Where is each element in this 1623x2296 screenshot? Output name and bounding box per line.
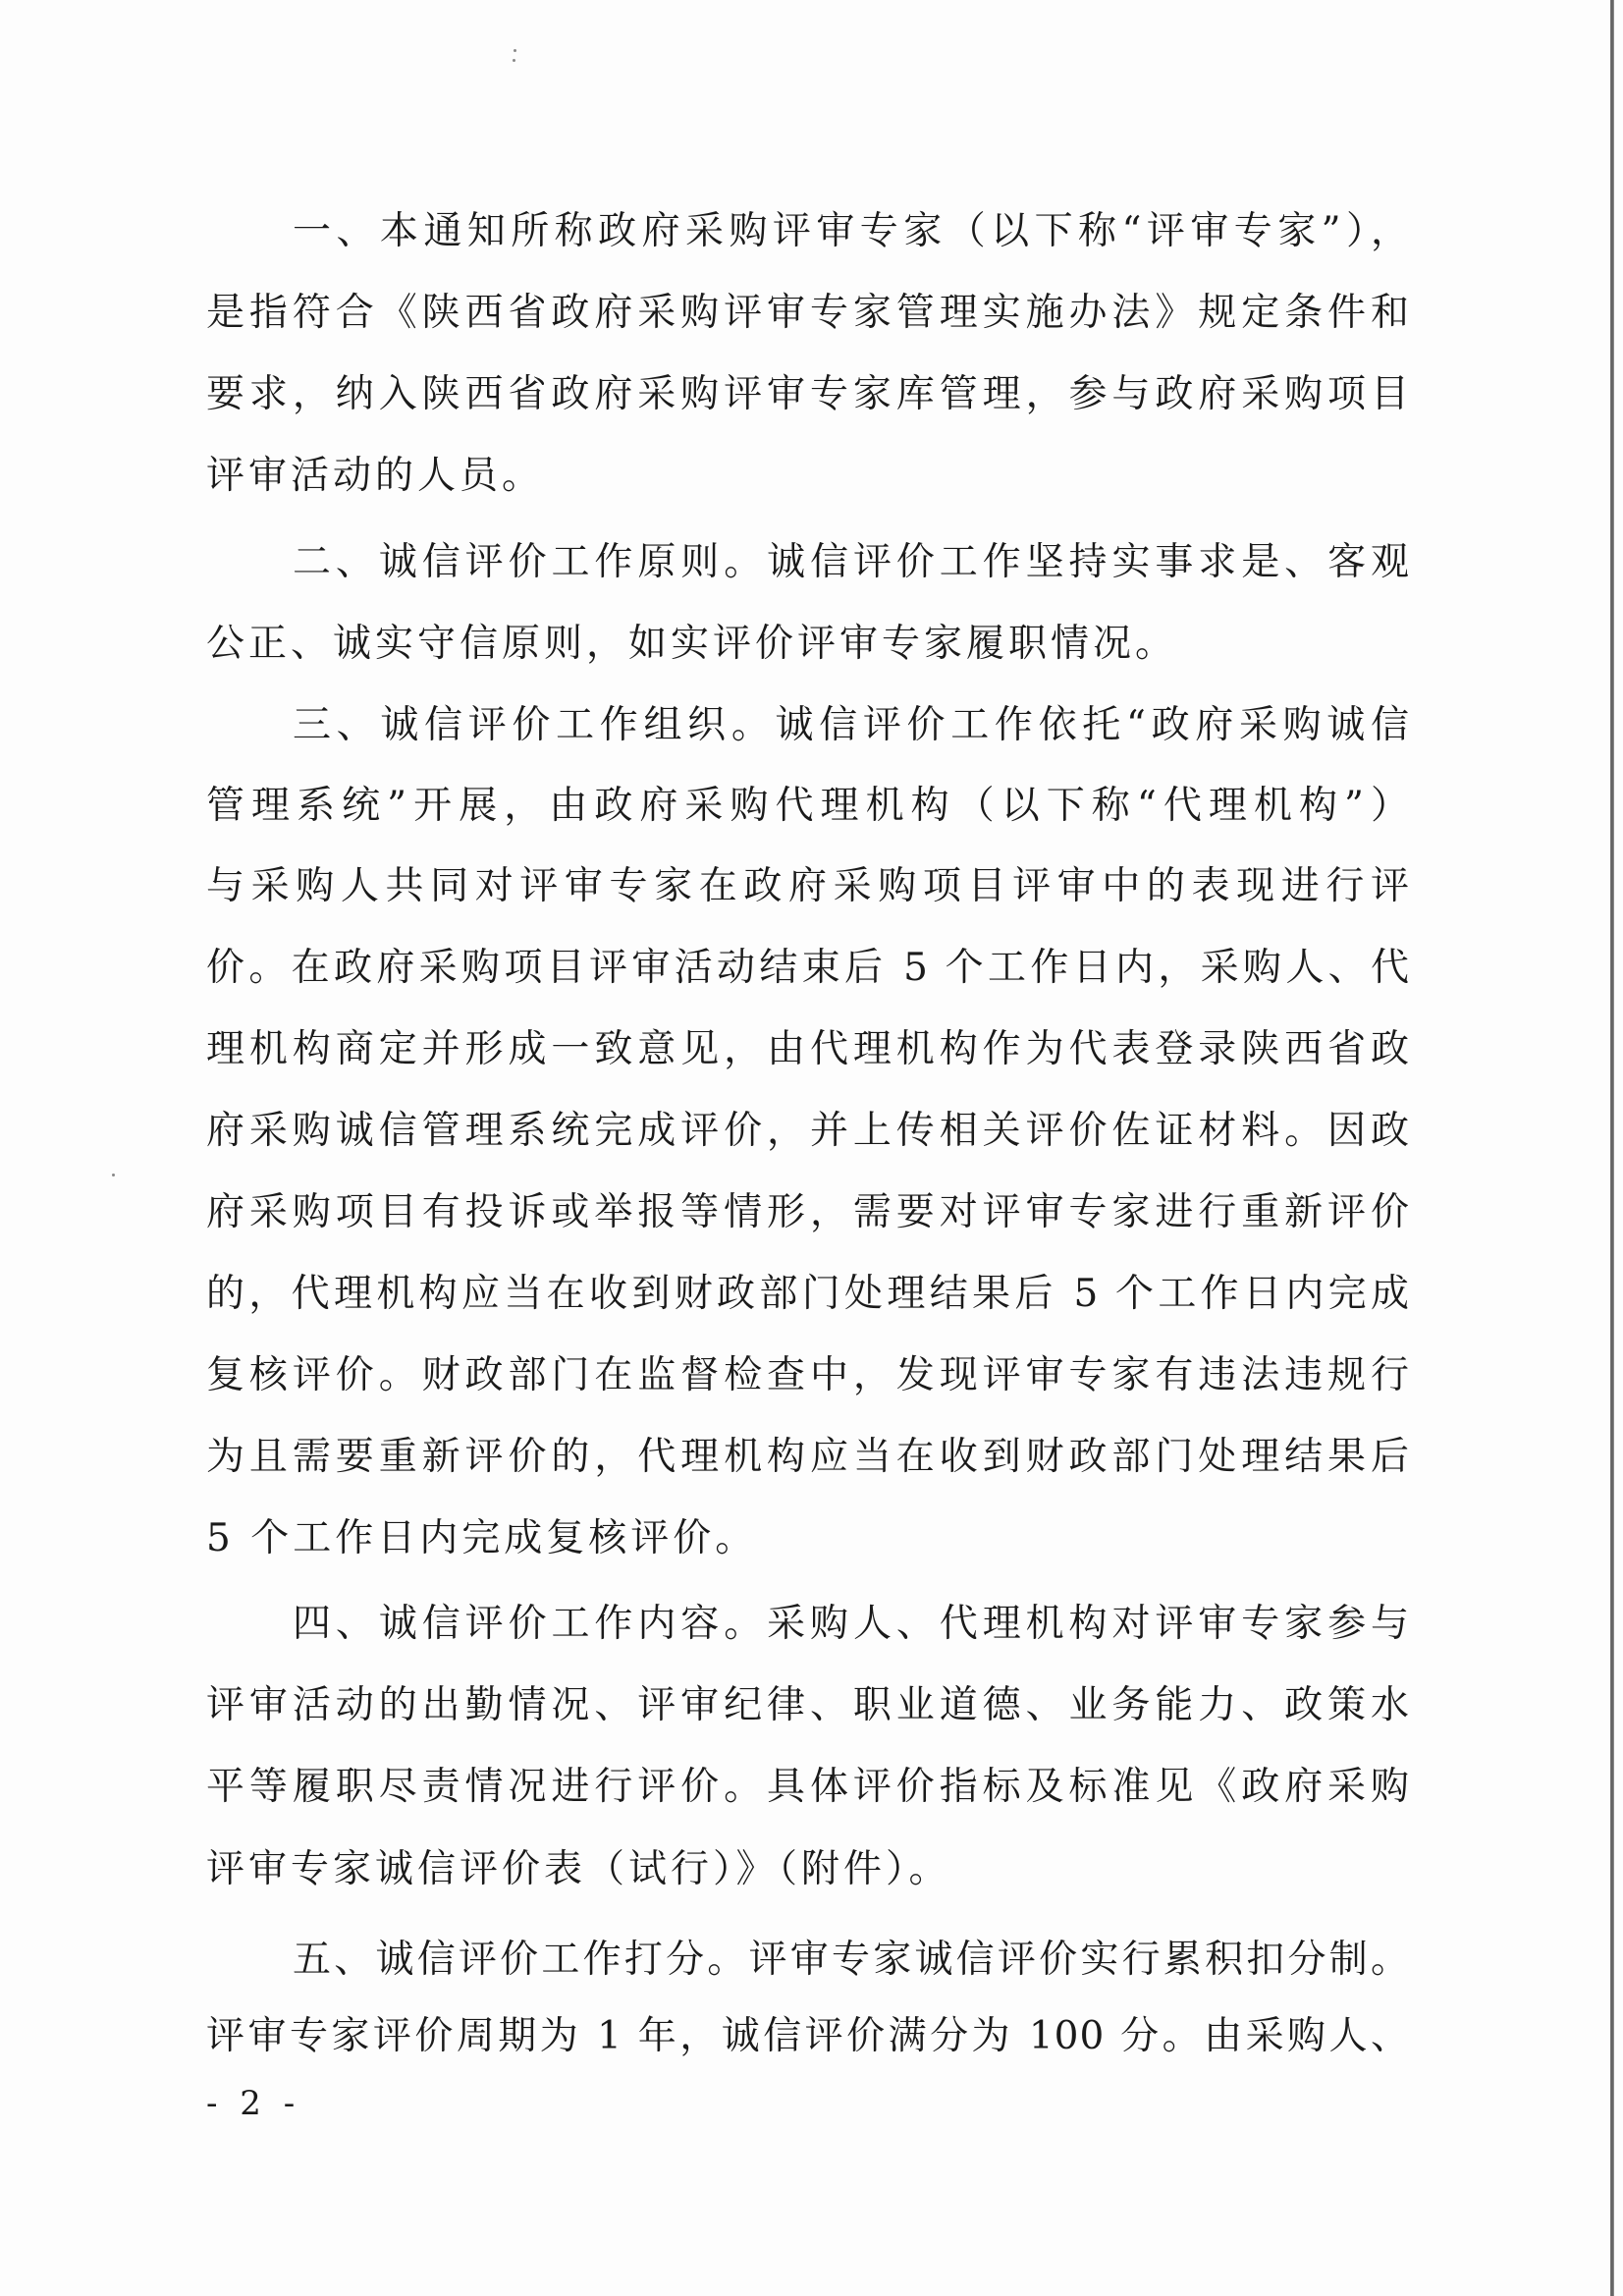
paragraph-3-line-2: 管理系统”开展，由政府采购代理机构（以下称“代理机构”） bbox=[206, 783, 1410, 830]
paragraph-3-line-3: 与采购人共同对评审专家在政府采购项目评审中的表现进行评 bbox=[206, 863, 1410, 910]
paragraph-3-line-9: 复核评价。财政部门在监督检查中，发现评审专家有违法违规行 bbox=[206, 1352, 1410, 1399]
paragraph-3-line-11: 5 个工作日内完成复核评价。 bbox=[206, 1515, 1410, 1562]
paragraph-1-line-3: 要求，纳入陕西省政府采购评审专家库管理，参与政府采购项目 bbox=[206, 371, 1410, 418]
paragraph-4-line-4: 评审专家诚信评价表（试行）》（附件）。 bbox=[206, 1846, 1410, 1893]
scan-border-line bbox=[1610, 0, 1614, 2296]
paragraph-1-line-2: 是指符合《陕西省政府采购评审专家管理实施办法》规定条件和 bbox=[206, 290, 1410, 337]
paragraph-5-line-1: 五、诚信评价工作打分。评审专家诚信评价实行累积扣分制。 bbox=[293, 1937, 1410, 1984]
paragraph-2-line-1: 二、诚信评价工作原则。诚信评价工作坚持实事求是、客观 bbox=[293, 539, 1410, 586]
paragraph-1-line-4: 评审活动的人员。 bbox=[206, 453, 1410, 500]
paragraph-4-line-1: 四、诚信评价工作内容。采购人、代理机构对评审专家参与 bbox=[293, 1601, 1410, 1648]
paragraph-3-line-7: 府采购项目有投诉或举报等情形，需要对评审专家进行重新评价 bbox=[206, 1189, 1410, 1236]
paragraph-5-line-2: 评审专家评价周期为 1 年，诚信评价满分为 100 分。由采购人、 bbox=[206, 2013, 1410, 2060]
page-number: - 2 - bbox=[206, 2084, 300, 2123]
document-page: 一、本通知所称政府采购评审专家（以下称“评审专家”）， 是指符合《陕西省政府采购… bbox=[0, 0, 1623, 2296]
paragraph-3-line-10: 为且需要重新评价的，代理机构应当在收到财政部门处理结果后 bbox=[206, 1434, 1410, 1481]
paragraph-4-line-3: 平等履职尽责情况进行评价。具体评价指标及标准见《政府采购 bbox=[206, 1764, 1410, 1811]
scan-artifact-dot bbox=[112, 1174, 115, 1176]
paragraph-1-line-1: 一、本通知所称政府采购评审专家（以下称“评审专家”）， bbox=[293, 208, 1410, 255]
paragraph-4-line-2: 评审活动的出勤情况、评审纪律、职业道德、业务能力、政策水 bbox=[206, 1682, 1410, 1729]
paragraph-3-line-5: 理机构商定并形成一致意见，由代理机构作为代表登录陕西省政 bbox=[206, 1026, 1410, 1073]
scan-artifact-dot bbox=[513, 59, 515, 62]
paragraph-3-line-6: 府采购诚信管理系统完成评价，并上传相关评价佐证材料。因政 bbox=[206, 1108, 1410, 1155]
paragraph-3-line-1: 三、诚信评价工作组织。诚信评价工作依托“政府采购诚信 bbox=[293, 702, 1410, 749]
paragraph-2-line-2: 公正、诚实守信原则，如实评价评审专家履职情况。 bbox=[206, 621, 1410, 668]
paragraph-3-line-4: 价。在政府采购项目评审活动结束后 5 个工作日内，采购人、代 bbox=[206, 945, 1410, 992]
paragraph-3-line-8: 的，代理机构应当在收到财政部门处理结果后 5 个工作日内完成 bbox=[206, 1271, 1410, 1318]
scan-artifact-dot bbox=[514, 49, 516, 52]
